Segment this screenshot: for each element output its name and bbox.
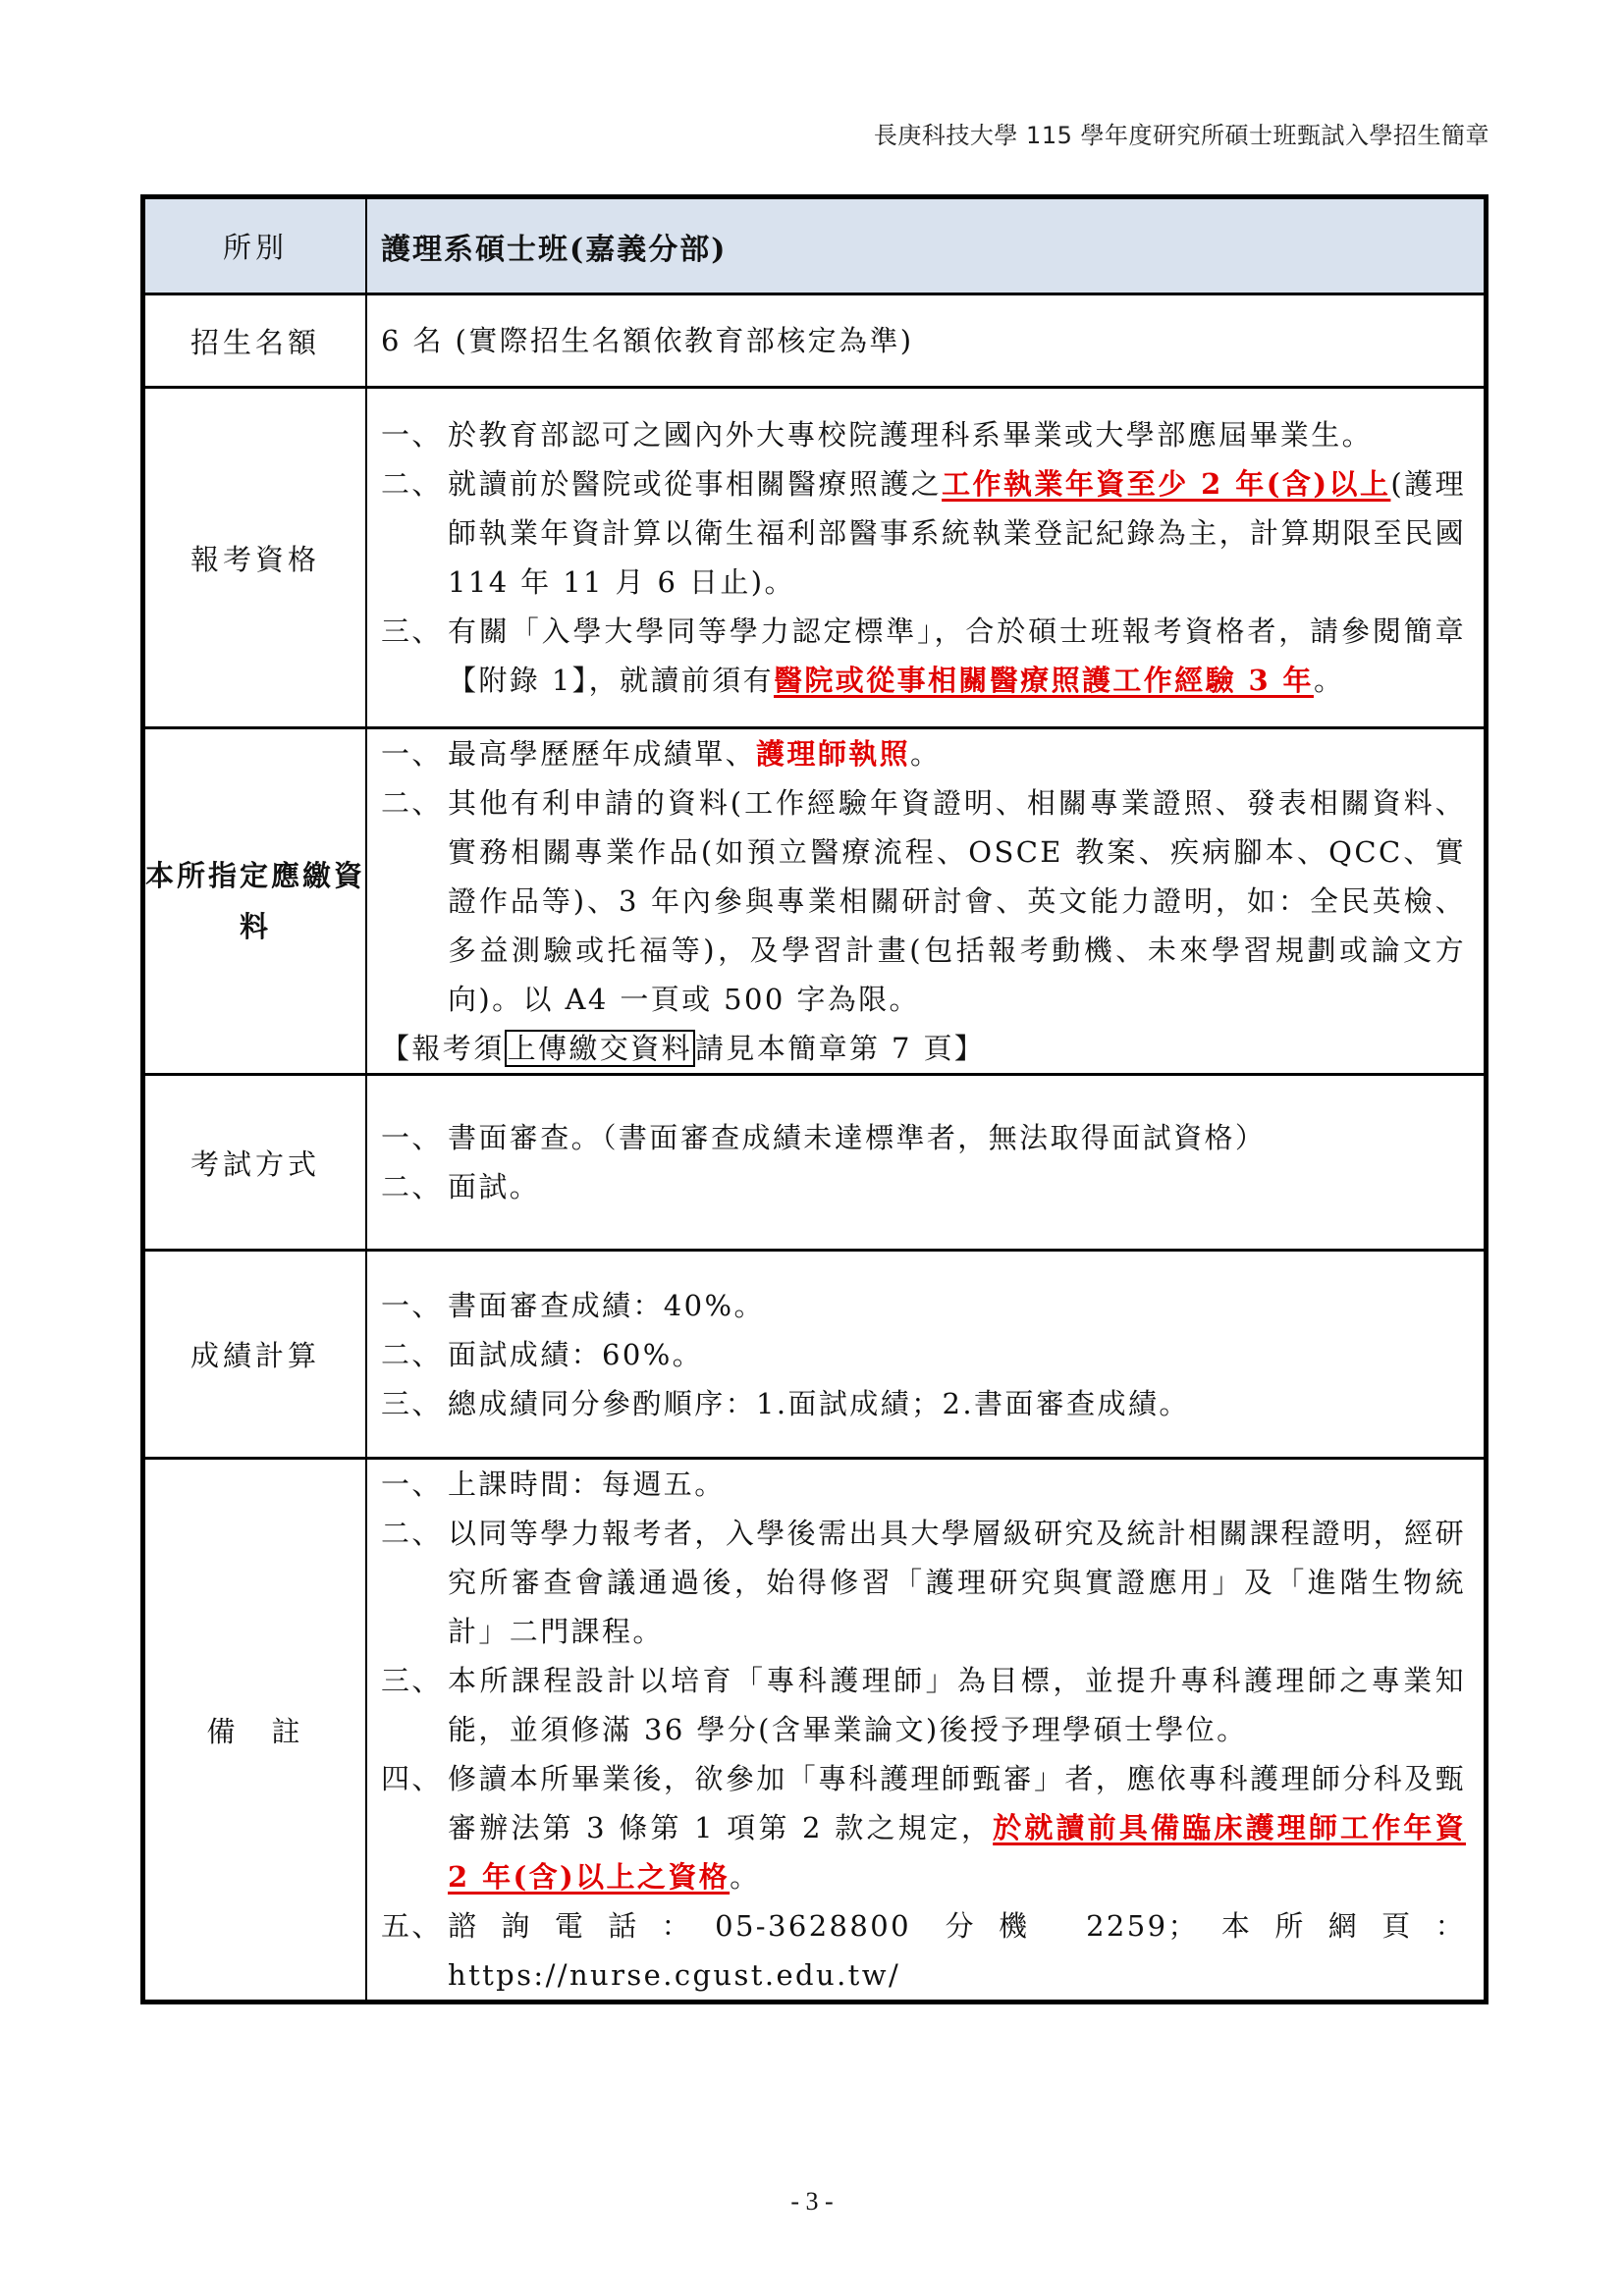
program-name: 護理系碩士班(嘉義分部): [366, 197, 1487, 294]
emphasis-text: 醫院或從事相關醫療照護工作經驗 3 年: [774, 664, 1314, 697]
list-item: 三、有關「入學大學同等學力認定標準」，合於碩士班報考資格者，請參閱簡章【附錄 1…: [381, 607, 1466, 705]
notes-content: 一、上課時間：每週五。 二、以同等學力報考者，入學後需出具大學層級研究及統計相關…: [366, 1459, 1487, 2002]
row-notes: 備 註 一、上課時間：每週五。 二、以同等學力報考者，入學後需出具大學層級研究及…: [143, 1459, 1487, 2002]
list-item: 四、修讀本所畢業後，欲參加「專科護理師甄審」者，應依專科護理師分科及甄審辦法第 …: [381, 1754, 1466, 1901]
row-quota: 招生名額 6 名 (實際招生名額依教育部核定為準): [143, 294, 1487, 388]
list-item: 二、面試成績：60%。: [381, 1330, 1466, 1379]
admission-info-table: 所別 護理系碩士班(嘉義分部) 招生名額 6 名 (實際招生名額依教育部核定為準…: [140, 194, 1489, 2004]
list-item: 二、就讀前於醫院或從事相關醫療照護之工作執業年資至少 2 年(含)以上(護理師執…: [381, 459, 1466, 607]
list-item: 一、最高學歷歷年成績單、護理師執照。: [381, 729, 1466, 778]
list-item-contact: 五、諮詢電話：05-3628800 分機 2259；本所網頁：https://n…: [381, 1901, 1466, 2000]
qualifications-label: 報考資格: [143, 388, 367, 728]
row-scoring: 成績計算 一、書面審查成績：40%。 二、面試成績：60%。 三、總成績同分參酌…: [143, 1251, 1487, 1459]
list-item: 一、於教育部認可之國內外大專校院護理科系畢業或大學部應屆畢業生。: [381, 410, 1466, 459]
quota-value: 6 名 (實際招生名額依教育部核定為準): [366, 294, 1487, 388]
upload-note: 【報考須上傳繳交資料請見本簡章第 7 頁】: [381, 1024, 1466, 1073]
list-item: 三、本所課程設計以培育「專科護理師」為目標，並提升專科護理師之專業知能，並須修滿…: [381, 1656, 1466, 1754]
program-label: 所別: [143, 197, 367, 294]
exam-method-label: 考試方式: [143, 1075, 367, 1251]
emphasis-text: 工作執業年資至少 2 年(含)以上: [942, 467, 1390, 501]
row-exam-method: 考試方式 一、書面審查。（書面審查成績未達標準者，無法取得面試資格） 二、面試。: [143, 1075, 1487, 1251]
scoring-label: 成績計算: [143, 1251, 367, 1459]
row-required-materials: 本所指定應繳資料 一、最高學歷歷年成績單、護理師執照。 二、其他有利申請的資料(…: [143, 728, 1487, 1075]
quota-label: 招生名額: [143, 294, 367, 388]
row-program: 所別 護理系碩士班(嘉義分部): [143, 197, 1487, 294]
list-item: 二、以同等學力報考者，入學後需出具大學層級研究及統計相關課程證明，經研究所審查會…: [381, 1509, 1466, 1656]
running-header-title: 長庚科技大學 115 學年度研究所碩士班甄試入學招生簡章: [874, 116, 1489, 150]
list-item: 一、上課時間：每週五。: [381, 1460, 1466, 1509]
list-item: 三、總成績同分參酌順序：1.面試成績；2.書面審查成績。: [381, 1379, 1466, 1428]
materials-content: 一、最高學歷歷年成績單、護理師執照。 二、其他有利申請的資料(工作經驗年資證明、…: [366, 728, 1487, 1075]
contact-info: 諮詢電話：05-3628800 分機 2259；本所網頁：https://nur…: [448, 1901, 1466, 2000]
scoring-content: 一、書面審查成績：40%。 二、面試成績：60%。 三、總成績同分參酌順序：1.…: [366, 1251, 1487, 1459]
list-item: 二、其他有利申請的資料(工作經驗年資證明、相關專業證照、發表相關資料、實務相關專…: [381, 778, 1466, 1024]
list-item: 二、面試。: [381, 1162, 1466, 1211]
qualifications-content: 一、於教育部認可之國內外大專校院護理科系畢業或大學部應屆畢業生。 二、就讀前於醫…: [366, 388, 1487, 728]
notes-label: 備 註: [143, 1459, 367, 2002]
exam-method-content: 一、書面審查。（書面審查成績未達標準者，無法取得面試資格） 二、面試。: [366, 1075, 1487, 1251]
upload-materials-boxed-text: 上傳繳交資料: [505, 1030, 695, 1067]
row-qualifications: 報考資格 一、於教育部認可之國內外大專校院護理科系畢業或大學部應屆畢業生。 二、…: [143, 388, 1487, 728]
list-item: 一、書面審查。（書面審查成績未達標準者，無法取得面試資格）: [381, 1113, 1466, 1162]
page-number: - 3 -: [0, 2187, 1624, 2216]
emphasis-text: 護理師執照: [756, 737, 910, 771]
list-item: 一、書面審查成績：40%。: [381, 1281, 1466, 1330]
materials-label: 本所指定應繳資料: [143, 728, 367, 1075]
